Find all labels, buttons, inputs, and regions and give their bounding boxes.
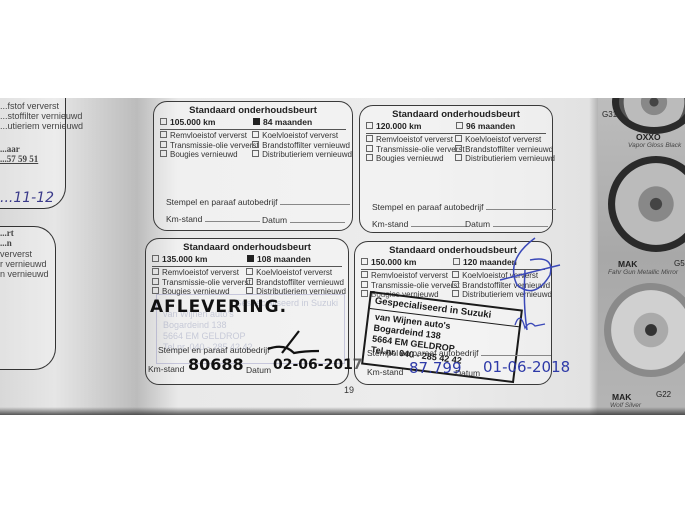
checklist-item[interactable]: Remvloeistof ververst — [152, 268, 248, 278]
signature-scribble — [264, 329, 324, 359]
stamp-label: Stempel en paraaf autobedrijf — [367, 348, 551, 358]
left-page: ...fstof ververst ...stoffilter vernieuw… — [0, 98, 145, 415]
left-handwritten-date: ...11-12 — [0, 190, 54, 206]
checkbox[interactable] — [361, 290, 368, 297]
checkbox[interactable] — [152, 255, 159, 262]
km-stand-label: Km-stand — [372, 219, 466, 229]
wheel-brochure: G31 OXXO Vapor Gloss Black MAK G5 Fahr G… — [598, 98, 685, 415]
handwritten-note: AFLEVERING. — [150, 297, 287, 317]
checkbox-checked[interactable] — [247, 255, 254, 262]
checkbox[interactable] — [453, 258, 460, 265]
checklist-item[interactable]: Brandstoffilter vernieuwd — [246, 278, 342, 288]
checklist-item[interactable]: Transmissie-olie ververst — [361, 281, 454, 291]
wheel-name: OXXO — [636, 132, 661, 142]
months-option[interactable]: 108 maanden — [247, 254, 311, 264]
checklist-item[interactable]: Transmissie-olie ververst — [366, 145, 457, 155]
wheel-name: MAK — [612, 392, 631, 402]
table-edge-shadow — [0, 407, 685, 415]
checkbox[interactable] — [252, 150, 259, 157]
months-option[interactable]: 96 maanden — [456, 121, 515, 131]
checklist-item[interactable]: Koelvloeistof ververst — [246, 268, 342, 278]
checkbox[interactable] — [246, 268, 253, 275]
km-option[interactable]: 150.000 km — [361, 257, 416, 267]
checkbox[interactable] — [160, 118, 167, 125]
checkbox[interactable] — [455, 154, 462, 161]
checkbox[interactable] — [160, 141, 167, 148]
checkbox[interactable] — [246, 287, 253, 294]
wheel-code: G22 — [656, 390, 671, 399]
checklist-item[interactable]: Koelvloeistof ververst — [455, 135, 546, 145]
service-box-150000: Standaard onderhoudsbeurt 150.000 km 120… — [354, 241, 552, 385]
left-text: ...stoffilter vernieuwd — [0, 111, 82, 121]
checklist-item[interactable]: Brandstoffilter vernieuwd — [455, 145, 546, 155]
wheel-code: G5 — [674, 259, 685, 268]
datum-label: Datum — [455, 368, 480, 378]
checkbox[interactable] — [160, 150, 167, 157]
checkbox[interactable] — [361, 281, 368, 288]
service-box-120000: Standaard onderhoudsbeurt 120.000 km 96 … — [359, 105, 553, 233]
checkbox[interactable] — [152, 287, 159, 294]
checklist-item[interactable]: Transmissie-olie ververst — [160, 141, 254, 151]
left-text: ...aar — [0, 144, 20, 154]
checkbox[interactable] — [366, 135, 373, 142]
checkbox[interactable] — [452, 290, 459, 297]
box-title: Standaard onderhoudsbeurt — [360, 109, 552, 120]
km-stand-label: Km-stand — [148, 364, 184, 374]
wheel-finish: Vapor Gloss Black — [628, 142, 681, 149]
service-box-135000: Standaard onderhoudsbeurt 135.000 km 108… — [145, 238, 349, 385]
datum-value: 01-06-2018 — [483, 358, 570, 376]
km-stand-value: 87.799 — [409, 359, 462, 377]
checkbox[interactable] — [160, 131, 167, 138]
left-text: ...utieriem vernieuwd — [0, 121, 83, 131]
left-text: ...n — [0, 238, 12, 248]
checkbox[interactable] — [246, 278, 253, 285]
checkbox[interactable] — [361, 258, 368, 265]
km-stand-label: Km-stand — [367, 367, 403, 377]
box-title: Standaard onderhoudsbeurt — [154, 105, 352, 116]
checkbox-checked[interactable] — [253, 118, 260, 125]
months-option[interactable]: 84 maanden — [253, 117, 312, 127]
datum-value: 02-06-2017 — [273, 357, 363, 373]
checklist-item[interactable]: Transmissie-olie ververst — [152, 278, 248, 288]
stamp-label: Stempel en paraaf autobedrijf — [158, 345, 270, 355]
page-number: 19 — [344, 385, 354, 395]
checkbox[interactable] — [152, 268, 159, 275]
left-text: ververst — [0, 249, 32, 259]
wheel-code: G31 — [602, 110, 617, 119]
left-text: ...rt — [0, 228, 14, 238]
box-header-row: 120.000 km 96 maanden — [366, 121, 546, 134]
stamp-label: Stempel en paraaf autobedrijf — [166, 197, 350, 207]
blue-signature — [495, 230, 565, 345]
checklist-item[interactable]: Distributieriem vernieuwd — [455, 154, 546, 164]
km-option[interactable]: 120.000 km — [366, 121, 421, 131]
km-option[interactable]: 105.000 km — [160, 117, 215, 127]
left-text: n vernieuwd — [0, 269, 49, 279]
checkbox[interactable] — [366, 154, 373, 161]
left-text: r vernieuwd — [0, 259, 47, 269]
wheel-name: MAK — [618, 259, 637, 269]
box-header-row: 105.000 km 84 maanden — [160, 117, 346, 130]
checklist-item[interactable]: Remvloeistof ververst — [366, 135, 457, 145]
checkbox[interactable] — [366, 145, 373, 152]
wheel-image — [612, 98, 685, 134]
checklist-item[interactable]: Distributieriem vernieuwd — [252, 150, 346, 160]
booklet-photo: ...fstof ververst ...stoffilter vernieuw… — [0, 98, 685, 415]
checklist-item[interactable]: Koelvloeistof ververst — [252, 131, 346, 141]
datum-label: Datum — [246, 365, 271, 375]
checkbox[interactable] — [455, 135, 462, 142]
checklist-item[interactable]: Remvloeistof ververst — [361, 271, 454, 281]
box-header-row: 135.000 km 108 maanden — [152, 254, 342, 267]
checkbox[interactable] — [361, 271, 368, 278]
wheel-image — [608, 156, 685, 252]
km-stand-value: 80688 — [188, 355, 244, 374]
service-page: Standaard onderhoudsbeurt 105.000 km 84 … — [145, 98, 590, 415]
left-text: ...fstof ververst — [0, 101, 59, 111]
stamp-label: Stempel en paraaf autobedrijf — [372, 202, 556, 212]
checkbox[interactable] — [452, 281, 459, 288]
wheel-finish: Fahr Gun Metallic Mirror — [608, 269, 678, 276]
checkbox[interactable] — [252, 141, 259, 148]
datum-label: Datum — [262, 215, 345, 225]
checklist-item[interactable]: Bougies vernieuwd — [366, 154, 457, 164]
km-option[interactable]: 135.000 km — [152, 254, 207, 264]
checkbox[interactable] — [452, 271, 459, 278]
wheel-image — [604, 283, 685, 377]
service-box-105000: Standaard onderhoudsbeurt 105.000 km 84 … — [153, 101, 353, 231]
left-text: ...57 59 51 — [0, 154, 38, 164]
datum-label: Datum — [465, 219, 548, 229]
checkbox[interactable] — [152, 278, 159, 285]
km-stand-label: Km-stand — [166, 214, 260, 224]
checkbox[interactable] — [366, 122, 373, 129]
checkbox[interactable] — [455, 145, 462, 152]
checklist-item[interactable]: Remvloeistof ververst — [160, 131, 254, 141]
checklist-item[interactable]: Bougies vernieuwd — [160, 150, 254, 160]
checklist-item[interactable]: Brandstoffilter vernieuwd — [252, 141, 346, 151]
checkbox[interactable] — [456, 122, 463, 129]
box-title: Standaard onderhoudsbeurt — [146, 242, 348, 253]
checkbox[interactable] — [252, 131, 259, 138]
